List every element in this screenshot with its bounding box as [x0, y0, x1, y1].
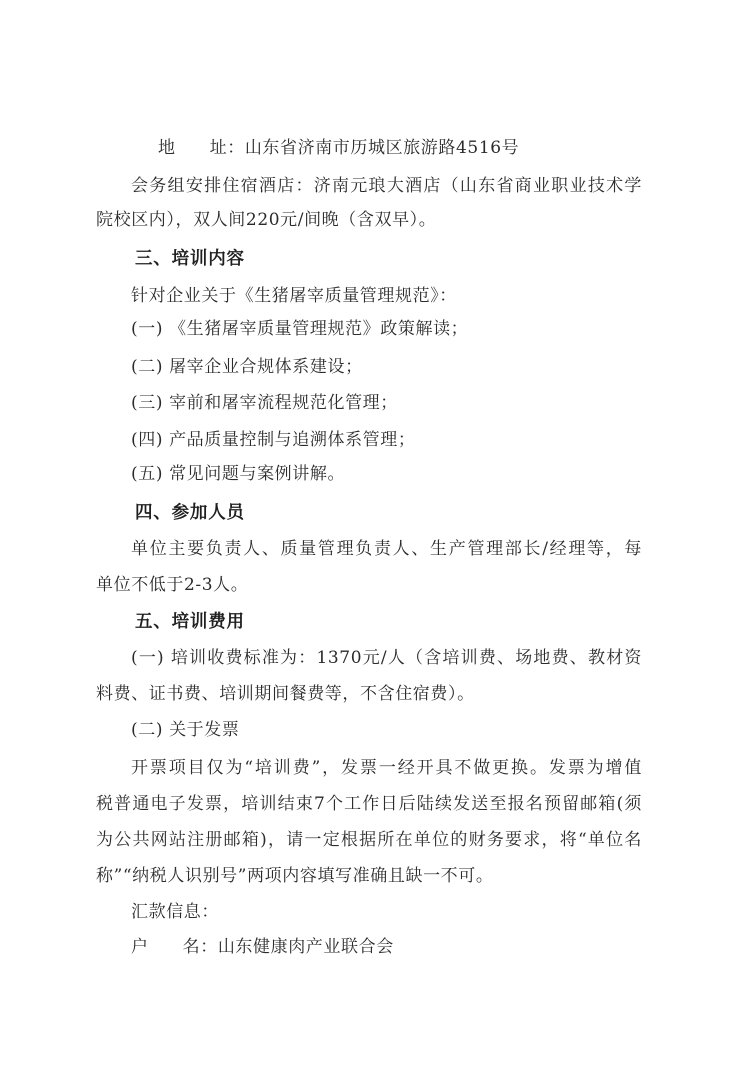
account-name-value: 山东健康肉产业联合会: [218, 937, 394, 957]
remittance-heading: 汇款信息：: [131, 901, 677, 923]
section-heading-training-fee: 五、培训费用: [135, 611, 681, 633]
training-item-1: (一) 《生猪屠宰质量管理规范》政策解读；: [131, 318, 677, 340]
invoice-line-2: 税普通电子发票，培训结束7个工作日后陆续发送至报名预留邮箱(须: [96, 793, 642, 815]
fee-line-1: (一) 培训收费标准为：1370元/人（含培训费、场地费、教材资: [131, 647, 642, 669]
training-item-3: (三) 宰前和屠宰流程规范化管理；: [131, 392, 677, 414]
invoice-line-3: 为公共网站注册邮箱)，请一定根据所在单位的财务要求，将“单位名: [96, 829, 642, 851]
address-line: 地址：山东省济南市历城区旅游路4516号: [158, 137, 519, 159]
account-label-1: 户: [131, 937, 149, 957]
invoice-line-1: 开票项目仅为“培训费”，发票一经开具不做更换。发票为增值: [131, 757, 642, 779]
address-label-2: 址：: [210, 138, 245, 158]
participants-line-1: 单位主要负责人、质量管理负责人、生产管理部长/经理等，每: [131, 538, 642, 560]
participants-line-2: 单位不低于2-3人。: [96, 574, 642, 596]
account-label-2: 名：: [183, 937, 218, 957]
invoice-line-4: 称”“纳税人识别号”两项内容填写准确且缺一不可。: [96, 865, 642, 887]
training-item-4: (四) 产品质量控制与追溯体系管理；: [131, 429, 677, 451]
address-label-1: 地: [158, 138, 176, 158]
training-intro: 针对企业关于《生猪屠宰质量管理规范》：: [131, 285, 677, 307]
document-page: 地址：山东省济南市历城区旅游路4516号 会务组安排住宿酒店：济南元琅大酒店（山…: [0, 0, 750, 1071]
account-name-line: 户名：山东健康肉产业联合会: [131, 936, 394, 958]
training-item-2: (二) 屠宰企业合规体系建设；: [131, 356, 677, 378]
section-heading-participants: 四、参加人员: [135, 502, 681, 524]
fee-line-2: 料费、证书费、培训期间餐费等，不含住宿费）。: [96, 683, 642, 705]
hotel-line-2: 院校区内），双人间220元/间晚（含双早）。: [96, 209, 642, 231]
training-item-5: (五) 常见问题与案例讲解。: [131, 463, 677, 485]
address-value: 山东省济南市历城区旅游路4516号: [245, 138, 519, 158]
section-heading-training-content: 三、培训内容: [135, 248, 681, 270]
invoice-heading: (二) 关于发票: [131, 719, 677, 741]
hotel-line-1: 会务组安排住宿酒店：济南元琅大酒店（山东省商业职业技术学: [131, 175, 642, 197]
